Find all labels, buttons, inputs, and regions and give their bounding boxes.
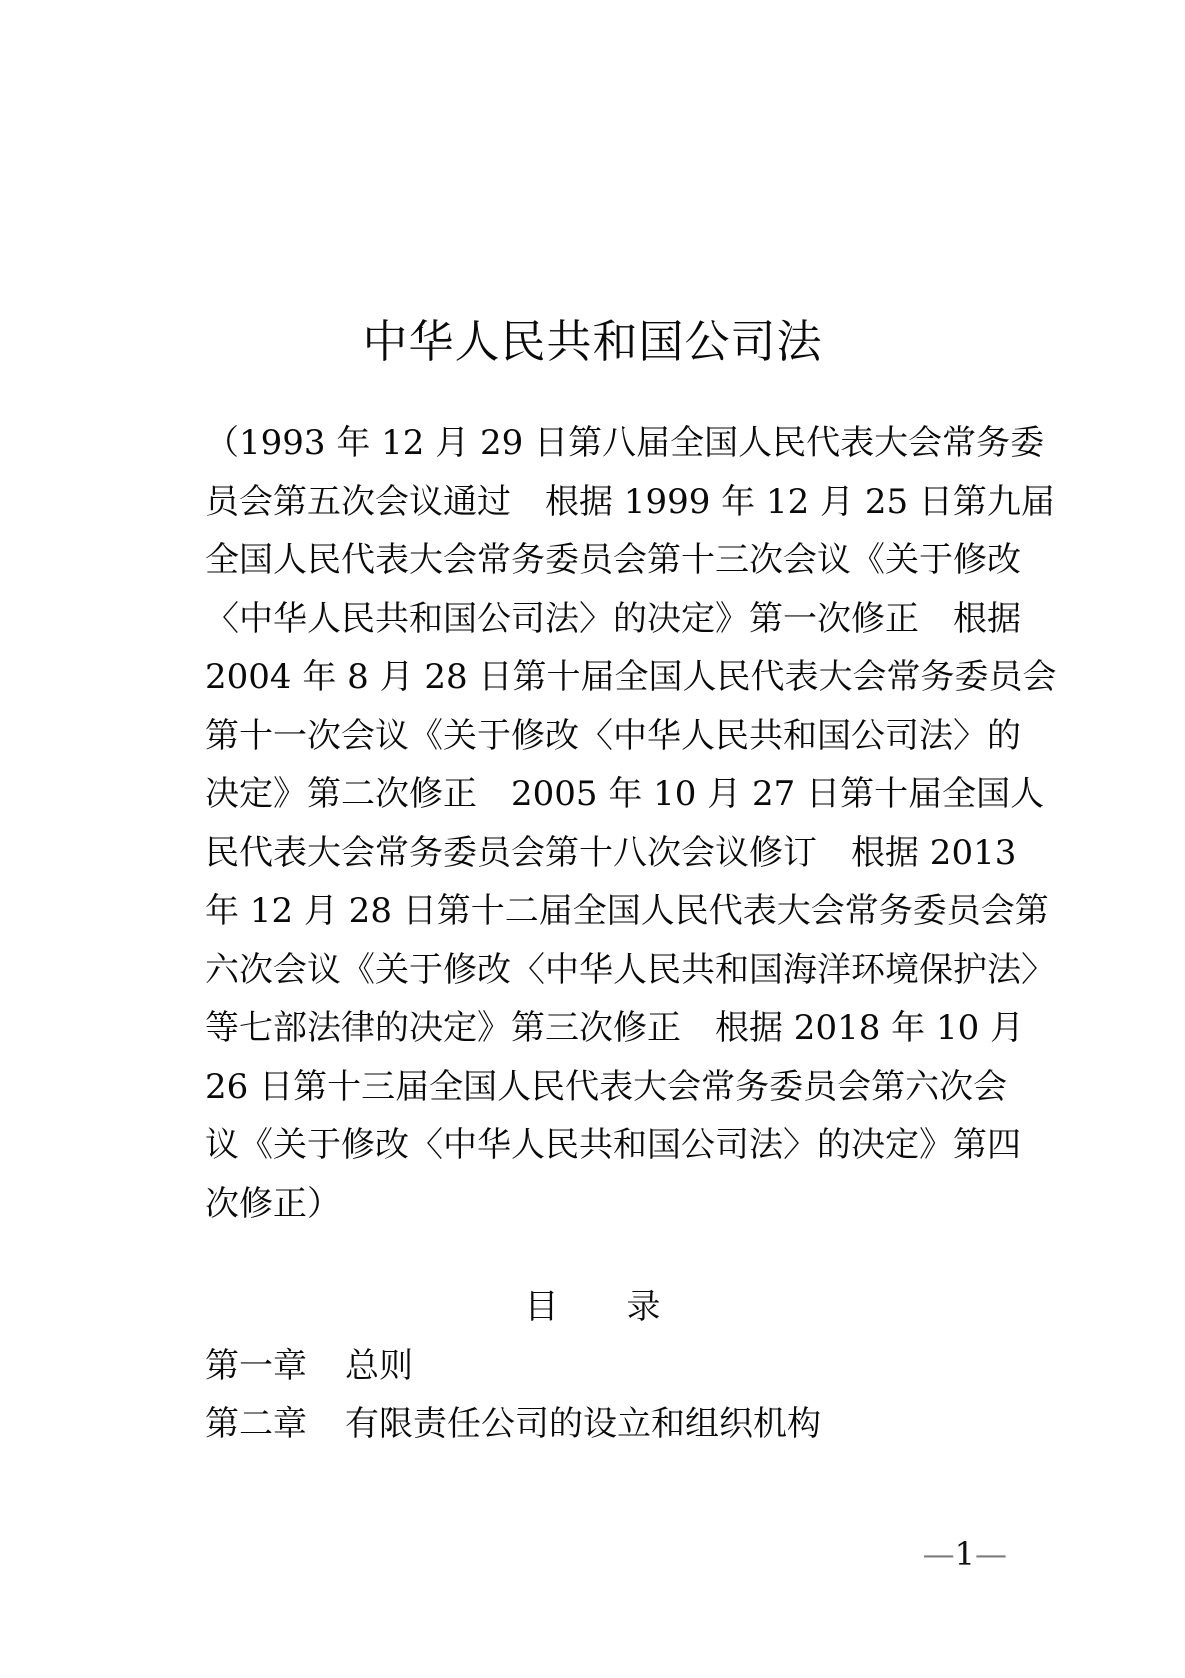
preamble-paragraph: （1993 年 12 月 29 日第八届全国人民代表大会常务委员会第五次会议通过… (205, 414, 980, 1233)
preamble-line: 2004 年 8 月 28 日第十届全国人民代表大会常务委员会 (205, 648, 980, 707)
page-number-left-dash: — (923, 1535, 955, 1573)
preamble-line: 民代表大会常务委员会第十八次会议修订 根据 2013 (205, 824, 980, 883)
page-number-right-dash: — (975, 1535, 1007, 1573)
document-title: 中华人民共和国公司法 (0, 312, 1185, 372)
page-number: —1— (923, 1534, 1007, 1574)
preamble-line: 年 12 月 28 日第十二届全国人民代表大会常务委员会第 (205, 882, 980, 941)
toc-list: 第一章总则 第二章有限责任公司的设立和组织机构 (205, 1337, 980, 1454)
preamble-line: 全国人民代表大会常务委员会第十三次会议《关于修改 (205, 531, 980, 590)
toc-entry-title: 有限责任公司的设立和组织机构 (345, 1404, 821, 1444)
preamble-line: （1993 年 12 月 29 日第八届全国人民代表大会常务委 (205, 414, 980, 473)
preamble-line: 六次会议《关于修改〈中华人民共和国海洋环境保护法〉 (205, 941, 980, 1000)
page-number-value: 1 (955, 1535, 975, 1573)
toc-entry-title: 总则 (345, 1346, 413, 1386)
toc-heading: 目 录 (205, 1278, 980, 1337)
preamble-line: 26 日第十三届全国人民代表大会常务委员会第六次会 (205, 1058, 980, 1117)
preamble-line: 等七部法律的决定》第三次修正 根据 2018 年 10 月 (205, 999, 980, 1058)
preamble-line: 〈中华人民共和国公司法〉的决定》第一次修正 根据 (205, 590, 980, 649)
document-page: 中华人民共和国公司法 （1993 年 12 月 29 日第八届全国人民代表大会常… (0, 0, 1185, 1678)
preamble-line: 员会第五次会议通过 根据 1999 年 12 月 25 日第九届 (205, 473, 980, 532)
preamble-line: 次修正） (205, 1175, 980, 1234)
toc-entry-chapter: 第一章 (205, 1346, 307, 1386)
preamble-line: 决定》第二次修正 2005 年 10 月 27 日第十届全国人 (205, 765, 980, 824)
toc-entry-chapter: 第二章 (205, 1404, 307, 1444)
preamble-line: 第十一次会议《关于修改〈中华人民共和国公司法〉的 (205, 707, 980, 766)
toc-entry: 第一章总则 (205, 1337, 980, 1396)
toc-entry: 第二章有限责任公司的设立和组织机构 (205, 1395, 980, 1454)
preamble-line: 议《关于修改〈中华人民共和国公司法〉的决定》第四 (205, 1116, 980, 1175)
